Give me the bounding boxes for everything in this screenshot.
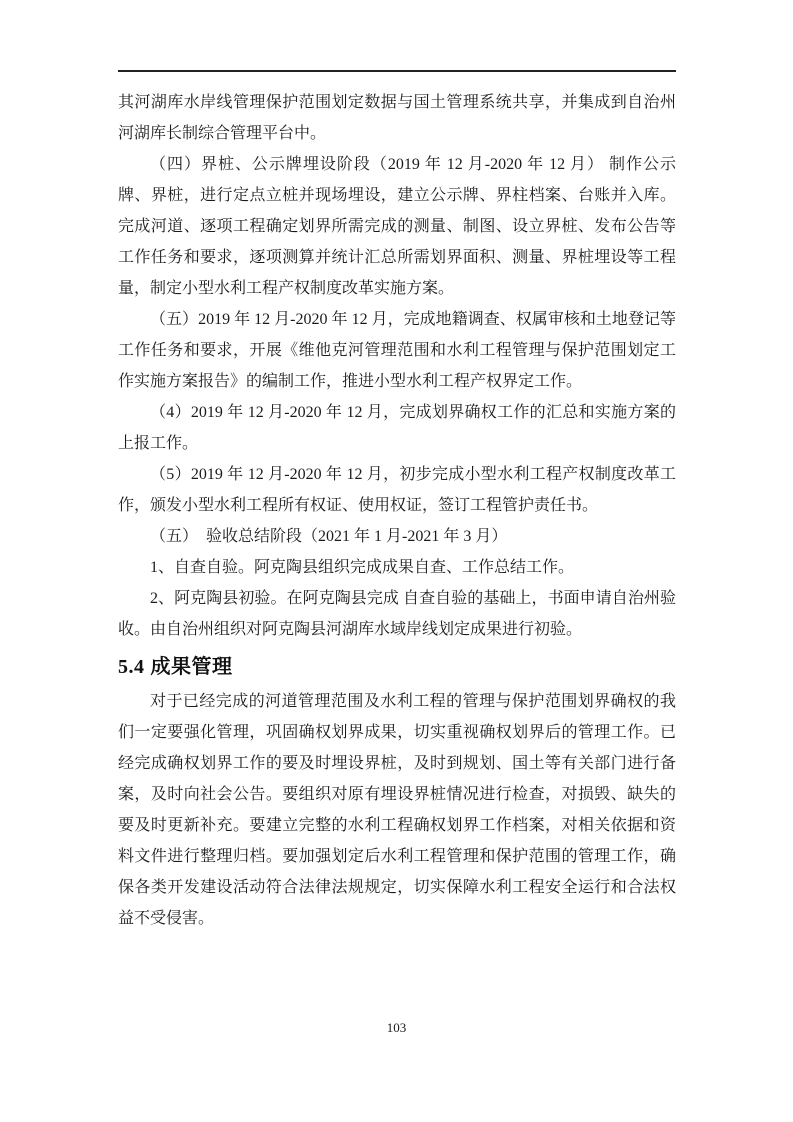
- paragraph: （五） 验收总结阶段（2021 年 1 月-2021 年 3 月）: [118, 521, 676, 552]
- paragraph: 2、阿克陶县初验。在阿克陶县完成 自查自验的基础上，书面申请自治州验收。由自治州…: [118, 583, 676, 645]
- paragraph: 对于已经完成的河道管理范围及水利工程的管理与保护范围划界确权的我们一定要强化管理…: [118, 686, 676, 934]
- document-page: 其河湖库水岸线管理保护范围划定数据与国土管理系统共享，并集成到自治州河湖库长制综…: [0, 0, 793, 1122]
- section-heading: 5.4成果管理: [118, 652, 676, 682]
- page-number: 103: [0, 1020, 793, 1036]
- paragraph: （4）2019 年 12 月-2020 年 12 月，完成划界确权工作的汇总和实…: [118, 397, 676, 459]
- header-rule: [118, 70, 676, 72]
- section-title: 成果管理: [151, 656, 233, 678]
- paragraph: （5）2019 年 12 月-2020 年 12 月，初步完成小型水利工程产权制…: [118, 459, 676, 521]
- paragraph: 其河湖库水岸线管理保护范围划定数据与国土管理系统共享，并集成到自治州河湖库长制综…: [118, 87, 676, 149]
- paragraph: （五）2019 年 12 月-2020 年 12 月，完成地籍调查、权属审核和土…: [118, 304, 676, 397]
- paragraph: 1、自查自验。阿克陶县组织完成成果自查、工作总结工作。: [118, 552, 676, 583]
- document-body: 其河湖库水岸线管理保护范围划定数据与国土管理系统共享，并集成到自治州河湖库长制综…: [118, 87, 676, 934]
- section-number: 5.4: [118, 656, 145, 678]
- paragraph: （四）界桩、公示牌埋设阶段（2019 年 12 月-2020 年 12 月） 制…: [118, 149, 676, 304]
